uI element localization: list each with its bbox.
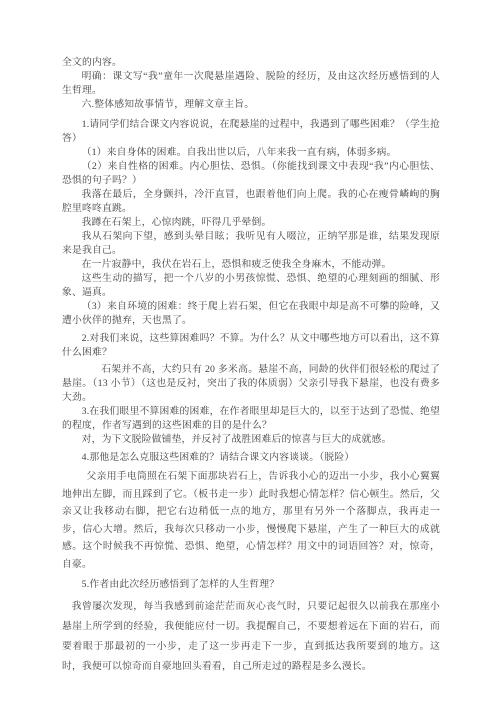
paragraph: 3.在我们眼里不算困难的困难，在作者眼里却是巨大的，以至于达到了恐慌、绝望的程度…: [62, 405, 440, 433]
paragraph: 2.对我们来说，这些算困难吗？不算。为什么？从文中哪些地方可以看出，这不算什么困…: [62, 332, 440, 360]
paragraph: 5.作者由此次经历感悟到了怎样的人生哲理？: [62, 575, 440, 595]
paragraph: 1.请同学们结合课文内容说说，在爬悬崖的过程中，我遇到了哪些困难？（学生抢答）: [62, 118, 440, 146]
paragraph: 4.那他是怎么克服这些困难的？请结合课文内容谈谈。（脱险）: [62, 451, 440, 465]
paragraph: （3）来自环境的困难：终于爬上岩石架，但它在我眼中却是高不可攀的险峰，又遭小伙伴…: [62, 300, 440, 328]
paragraph: 对，为下文脱险做铺垫，并反衬了战胜困难后的惊喜与巨大的成就感。: [62, 433, 440, 447]
paragraph: （1）来自身体的困难。自我出世以后，八年来我一直有病，体弱多病。: [62, 146, 440, 160]
paragraph: 石架并不高，大约只有 20 多米高。悬崖不高，同龄的伙伴们很轻松的爬过了悬崖。（…: [62, 363, 440, 405]
document-text-block: 全文的内容。 明确：课文写“我”童年一次爬悬崖遇险、脱险的经历，及由这次经历感悟…: [62, 56, 440, 677]
paragraph: 明确：课文写“我”童年一次爬悬崖遇险、脱险的经历，及由这次经历感悟到的人生哲理。: [62, 70, 440, 98]
paragraph: 在一片寂静中，我伏在岩石上，恐惧和疲乏使我全身麻木，不能动弹。: [62, 258, 440, 272]
paragraph: 我从石架向下望，感到头晕目眩；我听见有人啜泣，正纳罕那是谁，结果发现原来是我自己…: [62, 230, 440, 258]
paragraph: 这些生动的描写，把一个八岁的小男孩惊慌、恐惧、绝望的心理刻画的细腻、形象、逼真。: [62, 272, 440, 300]
paragraph: 全文的内容。: [62, 56, 440, 70]
paragraph: 父亲用手电筒照在石架下面那块岩石上，告诉我小心的迈出一小步，我小心翼翼地伸出左脚…: [62, 468, 440, 573]
document-page: 全文的内容。 明确：课文写“我”童年一次爬悬崖遇险、脱险的经历，及由这次经历感悟…: [0, 0, 500, 707]
paragraph: （2）来自性格的困难。内心胆怯、恐惧。（你能找到课文中表现“我”内心胆怯、恐惧的…: [62, 160, 440, 188]
paragraph: 我落在最后，全身颤抖，冷汗直冒，也跟着他们向上爬。我的心在瘦骨嶙峋的胸腔里咚咚直…: [62, 188, 440, 216]
paragraph: 六.整体感知故事情节，理解文章主旨。: [62, 98, 440, 112]
paragraph: 我曾屡次发现，每当我感到前途茫茫而灰心丧气时，只要记起很久以前我在那座小悬崖上所…: [62, 597, 440, 677]
paragraph: 我蹲在石架上，心惊肉跳，吓得几乎晕倒。: [62, 216, 440, 230]
